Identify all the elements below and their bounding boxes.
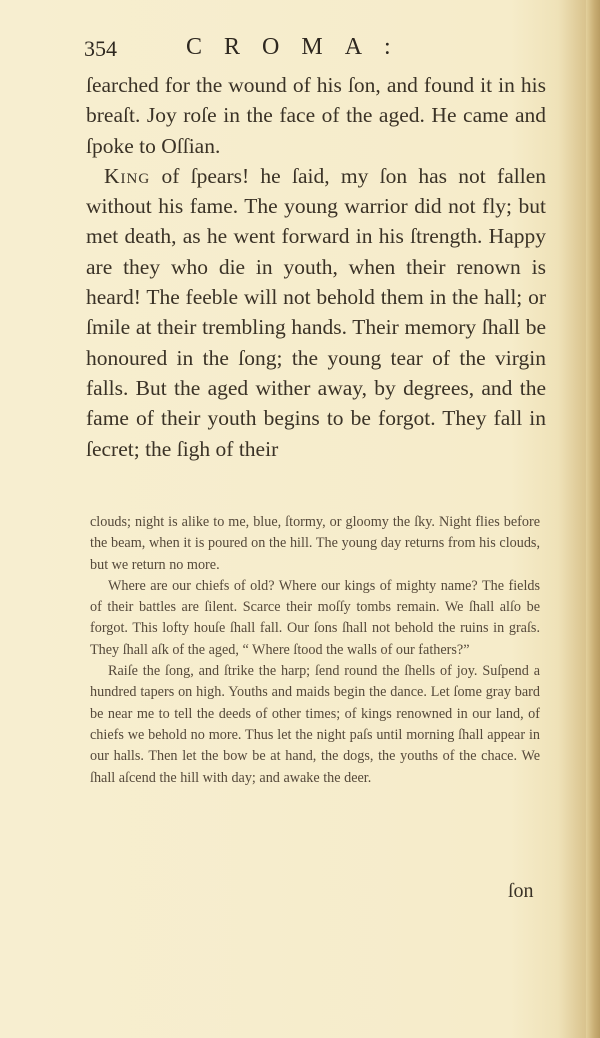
page-header: 354 CROMA: [84,34,484,64]
paragraph-text: of ſpears! he ſaid, my ſon has not falle… [86,164,546,461]
paragraph-lead: King [104,164,150,188]
page-number: 354 [84,36,117,62]
footnote-paragraph: Where are our chiefs of old? Where our k… [90,576,540,661]
book-page: 354 CROMA: ſearched for the wound of his… [0,0,600,1038]
main-text: ſearched for the wound of his ſon, and f… [86,70,546,464]
page-edge-shadow [586,0,600,1038]
running-title: CROMA: [186,34,413,61]
footnote-paragraph: Raiſe the ſong, and ſtrike the harp; ſen… [90,661,540,789]
paragraph: King of ſpears! he ſaid, my ſon has not … [86,161,546,464]
footnote-text: clouds; night is alike to me, blue, ſtor… [90,512,540,789]
footnote-paragraph: clouds; night is alike to me, blue, ſtor… [90,512,540,576]
catchword: ſon [508,880,534,903]
paragraph: ſearched for the wound of his ſon, and f… [86,70,546,161]
